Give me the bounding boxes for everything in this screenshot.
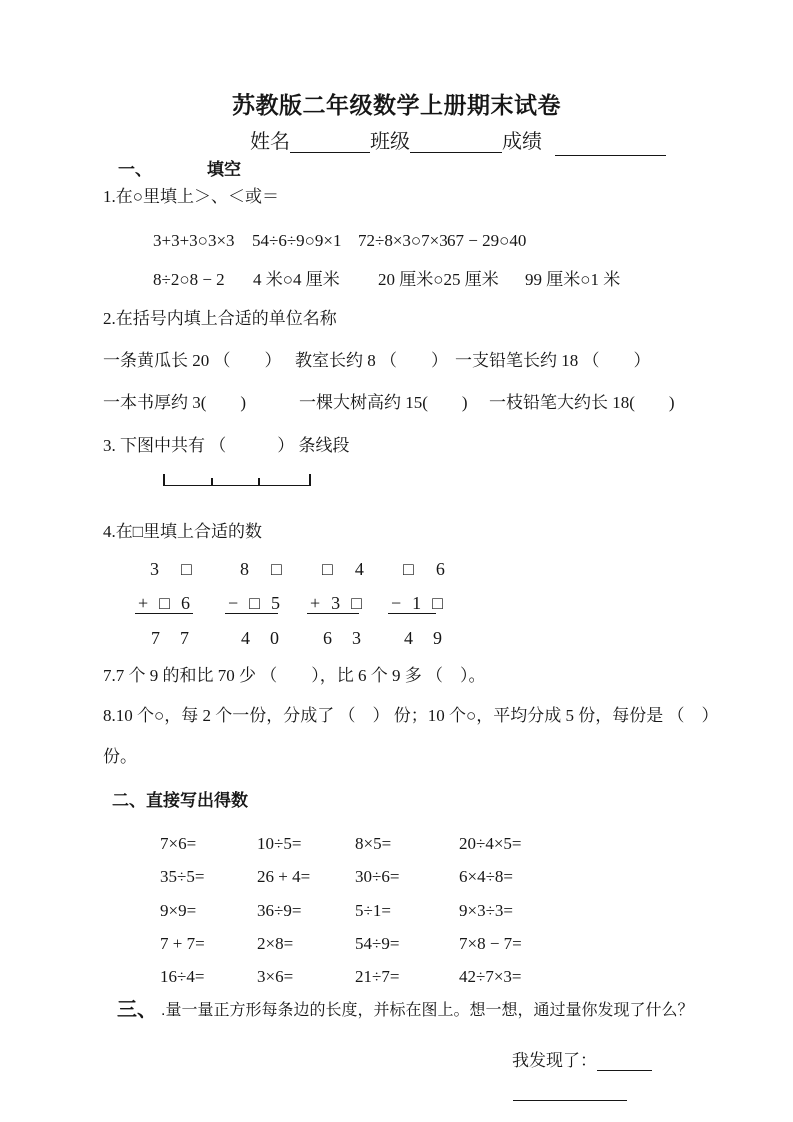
calc-item: 16÷4= <box>160 967 204 987</box>
calc-item: 26 + 4= <box>257 867 310 887</box>
digit: 7 <box>180 628 189 648</box>
question4-text: 4.在□里填上合适的数 <box>103 522 262 542</box>
digit: 8 <box>240 559 249 593</box>
digit: 1 <box>412 593 421 613</box>
compare-item: 20 厘米○25 厘米 <box>378 270 499 290</box>
unit-fill-item: 教室长约 8 （ ） <box>295 351 448 371</box>
calc-item: 3×6= <box>257 967 293 987</box>
section3-number: 三、 <box>117 999 157 1021</box>
compare-item: 8÷2○8 − 2 <box>153 270 225 290</box>
top-operand: 8 □ <box>225 559 278 593</box>
compare-item: 67 − 29○40 <box>447 231 526 251</box>
question7-text: 7.7 个 9 的和比 70 少 （ ），比 6 个 9 多 （ ）。 <box>103 666 486 686</box>
operator: + <box>310 593 320 613</box>
calc-item: 7×8 − 7= <box>459 934 522 954</box>
section1-title: 填空 <box>207 160 241 180</box>
section1-number: 一、 <box>118 160 152 180</box>
digit: □ <box>181 559 192 593</box>
segment-tick <box>309 474 311 485</box>
digit: □ <box>271 559 282 593</box>
calc-item: 7 + 7= <box>160 934 205 954</box>
calc-item: 30÷6= <box>355 867 399 887</box>
digit: 6 <box>181 593 190 613</box>
found-label: 我发现了： <box>512 1051 597 1071</box>
calc-item: 36÷9= <box>257 901 301 921</box>
result-row: 4 9 <box>388 628 436 648</box>
question2-text: 2.在括号内填上合适的单位名称 <box>103 309 337 329</box>
digit: 3 <box>352 628 361 648</box>
page-title: 苏教版二年级数学上册期末试卷 <box>0 92 793 118</box>
calc-item: 42÷7×3= <box>459 967 522 987</box>
compare-item: 72÷8×3○7×3 <box>358 231 448 251</box>
section1-heading: 一、 填空 <box>118 160 241 180</box>
vertical-problem: □ 4 + 3 □ 6 3 <box>307 559 359 648</box>
digit: 4 <box>355 559 364 593</box>
operator-row: + □ 6 <box>135 593 193 614</box>
question3-text: 3. 下图中共有 （ ） 条线段 <box>103 436 350 456</box>
name-label: 姓名 <box>250 131 290 153</box>
digit: 7 <box>151 628 160 648</box>
found-line: 我发现了： <box>512 1051 652 1071</box>
operator-row: − 1 □ <box>388 593 436 614</box>
calc-item: 6×4÷8= <box>459 867 513 887</box>
top-operand: □ 4 <box>307 559 359 593</box>
class-label: 班级 <box>370 131 410 153</box>
exam-paper-page: 苏教版二年级数学上册期末试卷 姓名 班级 成绩 一、 填空 1.在○里填上＞、＜… <box>0 0 793 1122</box>
name-blank <box>290 131 370 153</box>
digit: □ <box>322 559 333 593</box>
segment-tick <box>211 478 213 485</box>
digit: 4 <box>241 628 250 648</box>
student-info-line: 姓名 班级 成绩 <box>250 131 666 153</box>
calc-item: 2×8= <box>257 934 293 954</box>
question8-text-line2: 份。 <box>103 747 137 767</box>
operator: − <box>228 593 238 613</box>
found-blank-1 <box>597 1052 652 1071</box>
digit: 3 <box>150 559 159 593</box>
result-row: 6 3 <box>307 628 359 648</box>
segment-tick <box>258 478 260 485</box>
score-label: 成绩 <box>502 131 542 153</box>
compare-item: 4 米○4 厘米 <box>253 270 340 290</box>
found-blank-2 <box>513 1078 627 1101</box>
calc-item: 54÷9= <box>355 934 399 954</box>
calc-item: 5÷1= <box>355 901 391 921</box>
digit: 9 <box>433 628 442 648</box>
line-segment-diagram <box>163 472 311 486</box>
operator-row: − □ 5 <box>225 593 278 614</box>
compare-item: 54÷6÷9○9×1 <box>252 231 342 251</box>
digit: 0 <box>270 628 279 648</box>
calc-item: 9×9= <box>160 901 196 921</box>
digit: 3 <box>331 593 340 613</box>
digit: □ <box>351 593 362 613</box>
calc-item: 20÷4×5= <box>459 834 522 854</box>
top-operand: □ 6 <box>388 559 436 593</box>
unit-fill-item: 一条黄瓜长 20 （ ） <box>103 351 282 371</box>
unit-fill-item: 一棵大树高约 15( ) <box>299 393 468 413</box>
unit-fill-item: 一支铅笔长约 18 （ ） <box>455 351 651 371</box>
digit: 4 <box>404 628 413 648</box>
unit-fill-item: 一枝铅笔大约长 18( ) <box>489 393 675 413</box>
compare-item: 99 厘米○1 米 <box>525 270 620 290</box>
question1-text: 1.在○里填上＞、＜或＝ <box>103 187 279 207</box>
calc-item: 21÷7= <box>355 967 399 987</box>
digit: □ <box>403 559 414 593</box>
result-row: 4 0 <box>225 628 278 648</box>
result-row: 7 7 <box>135 628 193 648</box>
question8-text-line1: 8.10 个○，每 2 个一份，分成了 （ ） 份；10 个○，平均分成 5 份… <box>103 706 719 726</box>
class-blank <box>410 131 502 153</box>
digit: 5 <box>271 593 280 613</box>
segment-tick <box>163 474 165 485</box>
section2-heading: 二、直接写出得数 <box>112 791 248 811</box>
unit-fill-item: 一本书厚约 3( ) <box>103 393 246 413</box>
vertical-problem: □ 6 − 1 □ 4 9 <box>388 559 436 648</box>
calc-item: 8×5= <box>355 834 391 854</box>
section3-title: .量一量正方形每条边的长度，并标在图上。想一想，通过量你发现了什么？ <box>161 1001 693 1021</box>
digit: □ <box>249 593 260 613</box>
calc-item: 9×3÷3= <box>459 901 513 921</box>
section3-heading: 三、 .量一量正方形每条边的长度，并标在图上。想一想，通过量你发现了什么？ <box>117 999 693 1021</box>
digit: 6 <box>436 559 445 593</box>
top-operand: 3 □ <box>135 559 193 593</box>
calc-item: 7×6= <box>160 834 196 854</box>
digit: 6 <box>323 628 332 648</box>
digit: □ <box>432 593 443 613</box>
operator: − <box>391 593 401 613</box>
digit: □ <box>159 593 170 613</box>
vertical-problem: 8 □ − □ 5 4 0 <box>225 559 278 648</box>
calc-item: 35÷5= <box>160 867 204 887</box>
vertical-problem: 3 □ + □ 6 7 7 <box>135 559 193 648</box>
operator-row: + 3 □ <box>307 593 359 614</box>
operator: + <box>138 593 148 613</box>
compare-item: 3+3+3○3×3 <box>153 231 235 251</box>
calc-item: 10÷5= <box>257 834 301 854</box>
score-blank <box>555 134 666 156</box>
